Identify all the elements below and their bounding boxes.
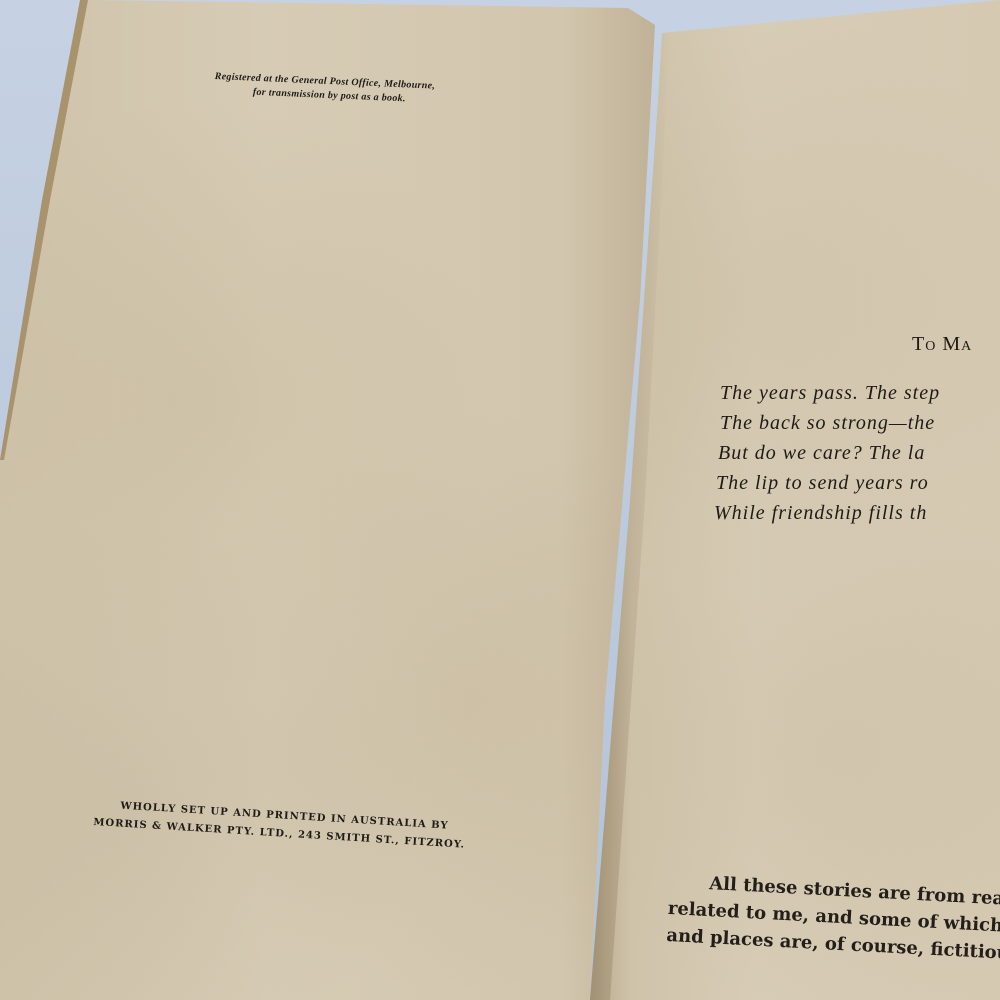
poem-line: The years pass. The step bbox=[720, 378, 940, 408]
poem-line: But do we care? The la bbox=[718, 438, 940, 468]
left-page bbox=[0, 0, 660, 1000]
dedication-poem: The years pass. The step The back so str… bbox=[720, 378, 940, 528]
dedication-title: To Ma bbox=[912, 333, 972, 356]
poem-line: The lip to send years ro bbox=[716, 468, 940, 498]
poem-line: The back so strong—the bbox=[720, 408, 940, 438]
poem-line: While friendship fills th bbox=[714, 498, 940, 528]
